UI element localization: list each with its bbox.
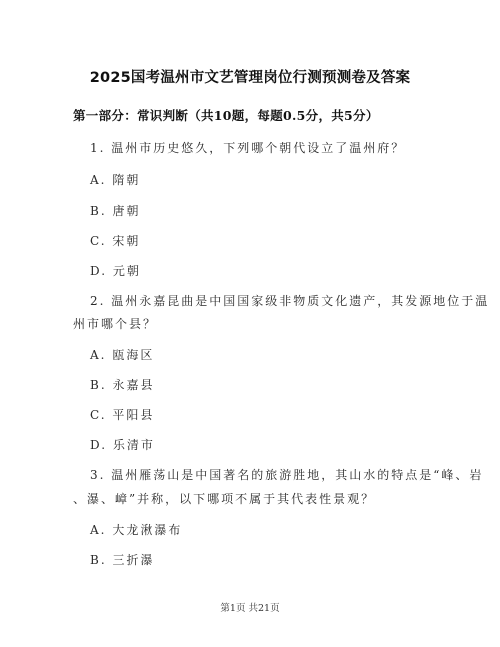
option-3b: B. 三折瀑 xyxy=(90,551,154,568)
option-text: 宋朝 xyxy=(112,234,140,248)
question-2-continued: 州市哪个县？ xyxy=(73,315,157,332)
question-number: 2. xyxy=(90,294,105,308)
option-text: 永嘉县 xyxy=(112,378,154,392)
question-3: 3. 温州雁荡山是中国著名的旅游胜地，其山水的特点是“峰、岩 xyxy=(90,466,483,483)
option-3a: A. 大龙湫瀑布 xyxy=(90,521,182,538)
option-1b: B. 唐朝 xyxy=(90,202,140,219)
question-text: 温州永嘉昆曲是中国国家级非物质文化遗产，其发源地位于温 xyxy=(111,294,489,308)
option-2d: D. 乐清市 xyxy=(90,436,155,453)
option-1a: A. 隋朝 xyxy=(90,171,140,188)
question-2: 2. 温州永嘉昆曲是中国国家级非物质文化遗产，其发源地位于温 xyxy=(90,292,489,309)
option-2a: A. 瓯海区 xyxy=(90,346,154,363)
option-text: 三折瀑 xyxy=(112,553,154,567)
page-footer: 第1页 共21页 xyxy=(0,600,500,614)
option-text: 唐朝 xyxy=(112,204,140,218)
option-letter: A. xyxy=(90,523,106,537)
option-letter: D. xyxy=(90,264,107,278)
option-letter: B. xyxy=(90,553,107,567)
question-1: 1. 温州市历史悠久，下列哪个朝代设立了温州府？ xyxy=(90,139,405,156)
option-text: 隋朝 xyxy=(112,173,140,187)
option-text: 平阳县 xyxy=(112,408,154,422)
option-text: 乐清市 xyxy=(113,438,155,452)
option-letter: C. xyxy=(90,408,107,422)
option-letter: C. xyxy=(90,234,107,248)
section-heading: 第一部分：常识判断（共10题，每题0.5分，共5分） xyxy=(73,106,379,124)
option-text: 瓯海区 xyxy=(112,348,154,362)
option-2b: B. 永嘉县 xyxy=(90,376,154,393)
option-text: 元朝 xyxy=(113,264,141,278)
question-text: 温州雁荡山是中国著名的旅游胜地，其山水的特点是“峰、岩 xyxy=(111,468,483,482)
question-text: 温州市历史悠久，下列哪个朝代设立了温州府？ xyxy=(111,141,405,155)
option-2c: C. 平阳县 xyxy=(90,406,154,423)
option-letter: B. xyxy=(90,378,107,392)
option-1d: D. 元朝 xyxy=(90,262,141,279)
option-letter: D. xyxy=(90,438,107,452)
option-text: 大龙湫瀑布 xyxy=(112,523,182,537)
option-letter: B. xyxy=(90,204,107,218)
question-number: 1. xyxy=(90,141,105,155)
question-3-continued: 、瀑、嶂”并称，以下哪项不属于其代表性景观？ xyxy=(73,490,375,507)
document-title: 2025国考温州市文艺管理岗位行测预测卷及答案 xyxy=(0,66,500,87)
question-number: 3. xyxy=(90,468,105,482)
option-letter: A. xyxy=(90,348,106,362)
option-1c: C. 宋朝 xyxy=(90,232,140,249)
option-letter: A. xyxy=(90,173,106,187)
